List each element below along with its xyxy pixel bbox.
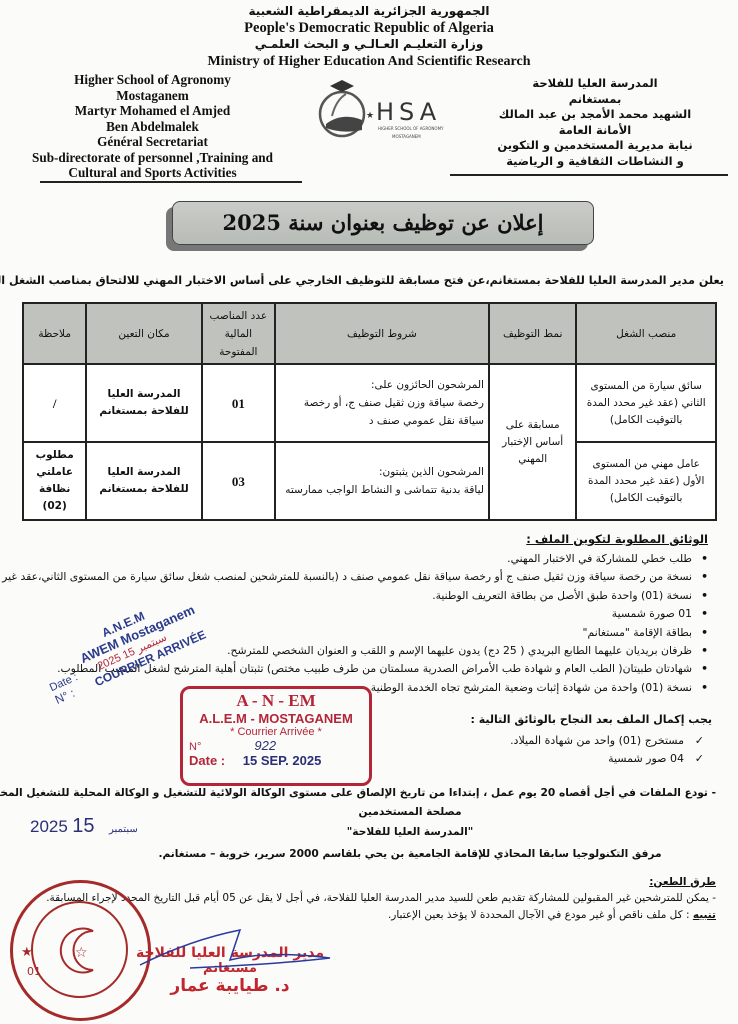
institution-line: الأمانة العامة [470, 123, 720, 139]
cell-conditions: المرشحون الذين يثبتون: لياقة بدنية تتماش… [275, 442, 489, 520]
date-stamp: 2025 سبتمبر 15 [30, 815, 148, 838]
cell-note: / [23, 364, 86, 442]
cell-position: سائق سيارة من المستوى الثاني (عقد غير مح… [576, 364, 716, 442]
institution-line: Martyr Mohamed el Amjed [10, 103, 295, 119]
stamp-date-value: 15 SEP. 2025 [243, 753, 322, 768]
header-english-ministry: Ministry of Higher Education And Scienti… [0, 54, 738, 70]
deposit-instructions: - تودع الملفات في أجل أقصاه 20 يوم عمل ،… [76, 787, 716, 799]
announcement-banner: إعلان عن توظيف بعنوان سنة 2025 [172, 201, 594, 245]
institution-line: Général Secretariat [10, 134, 295, 150]
after-success-list: مستخرج (01) واحد من شهادة الميلاد. 04 صو… [312, 732, 712, 768]
date-day: 15 [72, 815, 94, 837]
appeal-heading: طرق الطعن: [26, 876, 716, 888]
star-icon: ★ [21, 945, 33, 960]
institution-line: Higher School of Agronomy [10, 72, 295, 88]
after-success-heading: يجب إكمال الملف بعد النجاح بالوثائق التا… [312, 713, 712, 726]
header-arabic-republic: الجمهورية الجزائرية الديمقراطية الشعبية [0, 4, 738, 18]
hsa-logo: ★ HSA HIGHER SCHOOL OF AGRONOMY MOSTAGAN… [310, 78, 460, 144]
conditions-body: رخصة سياقة وزن ثقيل صنف ج، أو رخصة سياقة… [280, 394, 484, 430]
list-item: مستخرج (01) واحد من شهادة الميلاد. [312, 732, 712, 750]
stamp-text: A - N - EM [183, 691, 369, 711]
crescent-star-icon: ☆ [53, 923, 108, 978]
list-item: نسخة (01) واحدة طبق الأصل من بطاقة التعر… [18, 587, 692, 605]
col-mode: نمط التوظيف [489, 303, 576, 364]
list-item: طلب خطي للمشاركة في الاختبار المهني. [18, 550, 692, 568]
svg-text:★: ★ [366, 111, 374, 121]
svg-text:☆: ☆ [75, 945, 88, 961]
stamp-date-label: Date : [189, 753, 225, 768]
institution-block-english: Higher School of Agronomy Mostaganem Mar… [10, 72, 295, 181]
table-header-row: منصب الشغل نمط التوظيف شروط التوظيف عدد … [23, 303, 716, 364]
date-month: سبتمبر [109, 824, 138, 835]
seal-number: 01 [27, 965, 41, 978]
institution-block-arabic: المدرسة العليا للفلاحة بمستغانم الشهيد م… [470, 76, 720, 169]
col-count: عدد المناصب المالية المفتوحة [202, 303, 275, 364]
cell-note: مطلوب عاملتي نظافة (02) [23, 442, 86, 520]
institution-line: نيابة مديرية المستخدمين و التكوين [470, 138, 720, 154]
table-row: سائق سيارة من المستوى الثاني (عقد غير مح… [23, 364, 716, 442]
cell-count: 03 [202, 442, 275, 520]
divider [450, 174, 728, 176]
institution-line: و النشاطات الثقافية و الرياضية [470, 154, 720, 170]
banner-title: إعلان عن توظيف بعنوان سنة 2025 [173, 202, 593, 244]
institution-line: بمستغانم [470, 92, 720, 108]
col-conditions: شروط التوظيف [275, 303, 489, 364]
cell-place: المدرسة العليا للفلاحة بمستغانم [86, 364, 201, 442]
cell-place: المدرسة العليا للفلاحة بمستغانم [86, 442, 201, 520]
address-line: مرفق التكنولوجيا سابقا المحاذي للإقامة ا… [100, 848, 720, 860]
institution-line: Mostaganem [10, 88, 295, 104]
jobs-table: منصب الشغل نمط التوظيف شروط التوظيف عدد … [22, 302, 717, 521]
svg-text:HSA: HSA [376, 98, 441, 126]
conditions-body: لياقة بدنية تتماشى و النشاط الواجب ممارس… [280, 481, 484, 499]
institution-line: المدرسة العليا للفلاحة [470, 76, 720, 92]
header-arabic-ministry: وزارة التعليـم العـالـي و البحث العلمـي [0, 37, 738, 51]
conditions-title: المرشحون الحائزون على: [280, 376, 484, 394]
cell-conditions: المرشحون الحائزون على: رخصة سياقة وزن ثق… [275, 364, 489, 442]
header-english-republic: People's Democratic Republic of Algeria [0, 20, 738, 37]
svg-text:HIGHER SCHOOL OF AGRONOMY: HIGHER SCHOOL OF AGRONOMY [378, 126, 444, 131]
stamp-number-label: N° [189, 741, 201, 753]
handwritten-signature-icon [130, 920, 350, 980]
col-note: ملاحظة [23, 303, 86, 364]
notice-label: تنبيه [693, 909, 716, 921]
conditions-title: المرشحون الذين يثبتون: [280, 463, 484, 481]
address-line: "المدرسة العليا للفلاحة" [100, 826, 720, 838]
address-line: مصلحة المستخدمين [100, 806, 720, 818]
institution-line: Cultural and Sports Activities [10, 165, 295, 181]
cell-position: عامل مهني من المستوى الأول (عقد غير محدد… [576, 442, 716, 520]
svg-text:MOSTAGANEM: MOSTAGANEM [392, 134, 421, 139]
col-place: مكان التعين [86, 303, 201, 364]
institution-line: Sub-directorate of personnel ,Training a… [10, 150, 295, 166]
date-year: 2025 [30, 817, 68, 836]
list-item: 04 صور شمسية [312, 750, 712, 768]
hsa-emblem-icon: ★ HSA HIGHER SCHOOL OF AGRONOMY MOSTAGAN… [310, 78, 460, 144]
divider [40, 181, 302, 183]
list-item: نسخة من رخصة سياقة وزن ثقيل صنف ج أو رخص… [18, 568, 692, 586]
table-row: عامل مهني من المستوى الأول (عقد غير محدد… [23, 442, 716, 520]
documents-heading: الوثائق المطلوبة لتكوين الملف : [18, 532, 708, 546]
notice-text: : كل ملف ناقص أو غير مودع في الآجال المح… [388, 909, 693, 921]
cell-count: 01 [202, 364, 275, 442]
intro-text: يعلن مدير المدرسة العليا للفلاحة بمستغان… [9, 274, 724, 287]
after-success-documents: يجب إكمال الملف بعد النجاح بالوثائق التا… [312, 713, 712, 768]
cell-recruitment-mode: مسابقة على أساس الإختبار المهني [489, 364, 576, 520]
stamp-number-value: 922 [254, 738, 276, 753]
institution-line: الشهيد محمد الأمجد بن عبد المالك [470, 107, 720, 123]
col-position: منصب الشغل [576, 303, 716, 364]
institution-line: Ben Abdelmalek [10, 119, 295, 135]
